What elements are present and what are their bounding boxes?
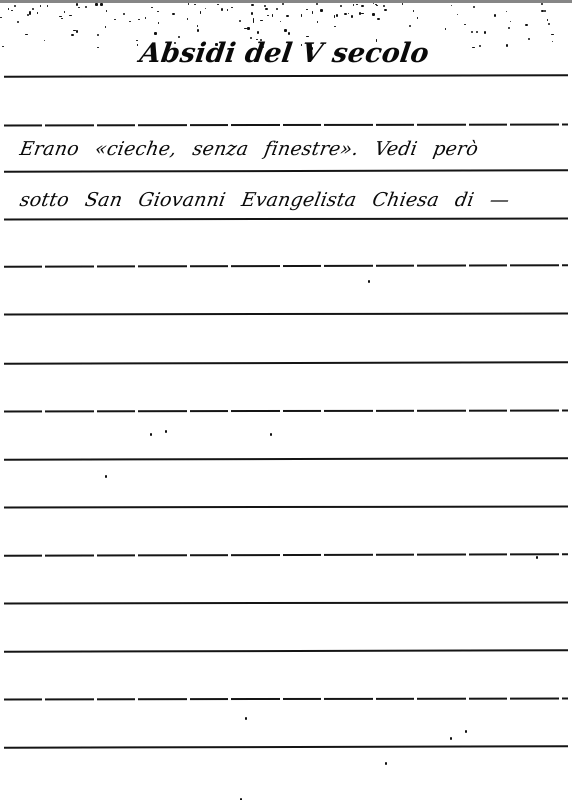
- noise-speck: [377, 18, 380, 20]
- noise-speck: [544, 10, 546, 12]
- noise-speck: [95, 3, 98, 6]
- noise-speck: [105, 26, 106, 28]
- page-top-edge: [0, 0, 572, 3]
- noise-speck: [552, 41, 553, 42]
- noise-speck: [334, 15, 335, 18]
- noise-speck: [172, 13, 175, 15]
- noise-speck: [14, 5, 16, 7]
- noise-speck: [32, 8, 34, 10]
- noise-speck: [123, 13, 125, 15]
- noise-speck: [541, 10, 544, 12]
- noise-speck: [402, 3, 403, 5]
- ruled-line: [4, 169, 568, 172]
- noise-speck: [547, 19, 548, 21]
- ruled-line: [4, 313, 568, 316]
- noise-speck: [288, 32, 290, 35]
- noise-speck: [187, 18, 188, 20]
- noise-speck: [286, 15, 289, 17]
- noise-speck: [508, 27, 510, 29]
- ruled-line: [4, 506, 568, 509]
- noise-speck: [494, 14, 496, 17]
- noise-speck: [385, 762, 387, 765]
- noise-speck: [361, 13, 364, 14]
- noise-speck: [445, 28, 446, 30]
- noise-speck: [165, 430, 167, 433]
- noise-speck: [11, 10, 13, 11]
- noise-speck: [76, 3, 78, 6]
- text-line-1: Erano «cieche, senza finestre». Vedi per…: [18, 138, 480, 160]
- noise-speck: [373, 3, 374, 4]
- noise-speck: [270, 433, 272, 436]
- ruled-line: [4, 124, 568, 127]
- noise-speck: [260, 20, 263, 21]
- noise-speck: [47, 5, 48, 7]
- noise-speck: [356, 4, 358, 5]
- noise-speck: [301, 14, 302, 17]
- noise-speck: [231, 7, 233, 8]
- noise-speck: [344, 13, 347, 15]
- noise-speck: [73, 30, 76, 31]
- noise-speck: [2, 46, 4, 47]
- noise-speck: [194, 4, 196, 5]
- noise-speck: [284, 29, 287, 32]
- ruled-line: [4, 553, 568, 556]
- noise-speck: [106, 10, 107, 12]
- noise-speck: [137, 44, 138, 46]
- noise-speck: [227, 9, 228, 11]
- noise-speck: [479, 45, 481, 47]
- noise-speck: [217, 4, 219, 5]
- noise-speck: [413, 10, 414, 12]
- ruled-line: [4, 361, 568, 364]
- noise-speck: [40, 5, 41, 7]
- noise-speck: [64, 11, 65, 13]
- noise-speck: [340, 5, 342, 7]
- noise-speck: [0, 17, 2, 18]
- noise-speck: [548, 23, 550, 25]
- noise-speck: [336, 14, 338, 17]
- noise-speck: [465, 730, 467, 733]
- noise-speck: [361, 5, 364, 7]
- noise-speck: [473, 6, 475, 8]
- noise-speck: [541, 3, 543, 5]
- noise-speck: [372, 13, 375, 16]
- noise-speck: [44, 40, 45, 41]
- noise-speck: [97, 34, 99, 36]
- noise-speck: [316, 3, 318, 5]
- noise-speck: [317, 21, 318, 23]
- noise-speck: [510, 21, 511, 22]
- ruled-line: [4, 649, 568, 652]
- noise-speck: [8, 8, 9, 10]
- noise-speck: [145, 17, 146, 19]
- noise-speck: [158, 22, 159, 24]
- ruled-line: [4, 698, 568, 701]
- noise-speck: [484, 31, 486, 34]
- page-heading: Absidi del V secolo: [138, 38, 431, 69]
- noise-speck: [197, 29, 199, 32]
- noise-speck: [253, 20, 254, 23]
- noise-speck: [138, 19, 140, 20]
- noise-speck: [280, 21, 281, 22]
- noise-speck: [457, 14, 458, 15]
- noise-speck: [476, 31, 478, 33]
- noise-speck: [85, 6, 87, 8]
- ruled-line: [4, 264, 568, 267]
- noise-speck: [61, 18, 63, 19]
- noise-speck: [472, 47, 475, 48]
- noise-speck: [205, 8, 206, 9]
- noise-speck: [306, 9, 308, 10]
- ruled-line: [4, 218, 568, 221]
- noise-speck: [71, 34, 74, 36]
- noise-speck: [272, 14, 273, 17]
- noise-speck: [353, 4, 354, 6]
- noise-speck: [276, 8, 278, 10]
- noise-speck: [251, 12, 253, 15]
- noise-speck: [197, 25, 198, 27]
- noise-speck: [78, 7, 80, 8]
- ruled-line: [4, 74, 568, 77]
- noise-speck: [136, 40, 138, 41]
- noise-speck: [417, 17, 418, 19]
- noise-speck: [464, 24, 466, 25]
- noise-speck: [200, 11, 201, 14]
- noise-speck: [383, 5, 385, 7]
- noise-speck: [114, 19, 116, 20]
- noise-speck: [525, 24, 528, 26]
- ruled-line: [4, 410, 568, 413]
- noise-speck: [450, 737, 452, 740]
- noise-speck: [25, 34, 28, 35]
- noise-speck: [551, 34, 554, 35]
- noise-speck: [368, 280, 370, 283]
- noise-speck: [129, 21, 131, 22]
- noise-speck: [151, 7, 153, 8]
- noise-speck: [97, 47, 99, 48]
- noise-speck: [105, 475, 107, 478]
- noise-speck: [251, 4, 254, 6]
- noise-speck: [157, 11, 159, 12]
- noise-speck: [334, 26, 336, 27]
- noise-speck: [245, 717, 247, 720]
- text-line-2: sotto San Giovanni Evangelista Chiesa di…: [18, 189, 511, 211]
- noise-speck: [282, 3, 284, 5]
- noise-speck: [471, 31, 473, 33]
- notebook-page: Absidi del V secolo Erano «cieche, senza…: [0, 0, 572, 800]
- noise-speck: [320, 9, 323, 12]
- noise-speck: [506, 44, 508, 47]
- ruled-line: [4, 745, 568, 748]
- noise-speck: [239, 20, 241, 22]
- noise-speck: [451, 5, 452, 6]
- noise-speck: [59, 16, 62, 17]
- noise-speck: [351, 15, 353, 18]
- noise-speck: [376, 5, 378, 6]
- noise-speck: [257, 31, 259, 34]
- noise-speck: [348, 13, 349, 14]
- noise-speck: [76, 30, 78, 33]
- noise-speck: [154, 32, 157, 35]
- noise-speck: [100, 3, 103, 6]
- noise-speck: [188, 3, 189, 5]
- noise-speck: [17, 21, 19, 23]
- noise-speck: [384, 9, 387, 11]
- ruled-line: [4, 602, 568, 605]
- noise-speck: [221, 8, 223, 11]
- noise-speck: [150, 433, 152, 436]
- noise-speck: [312, 11, 313, 14]
- noise-speck: [506, 11, 507, 12]
- noise-speck: [536, 556, 538, 559]
- ruled-line: [4, 457, 568, 460]
- noise-speck: [37, 12, 38, 14]
- noise-speck: [69, 15, 72, 16]
- noise-speck: [267, 15, 269, 16]
- noise-speck: [528, 38, 530, 40]
- noise-speck: [409, 25, 411, 27]
- noise-speck: [265, 8, 268, 10]
